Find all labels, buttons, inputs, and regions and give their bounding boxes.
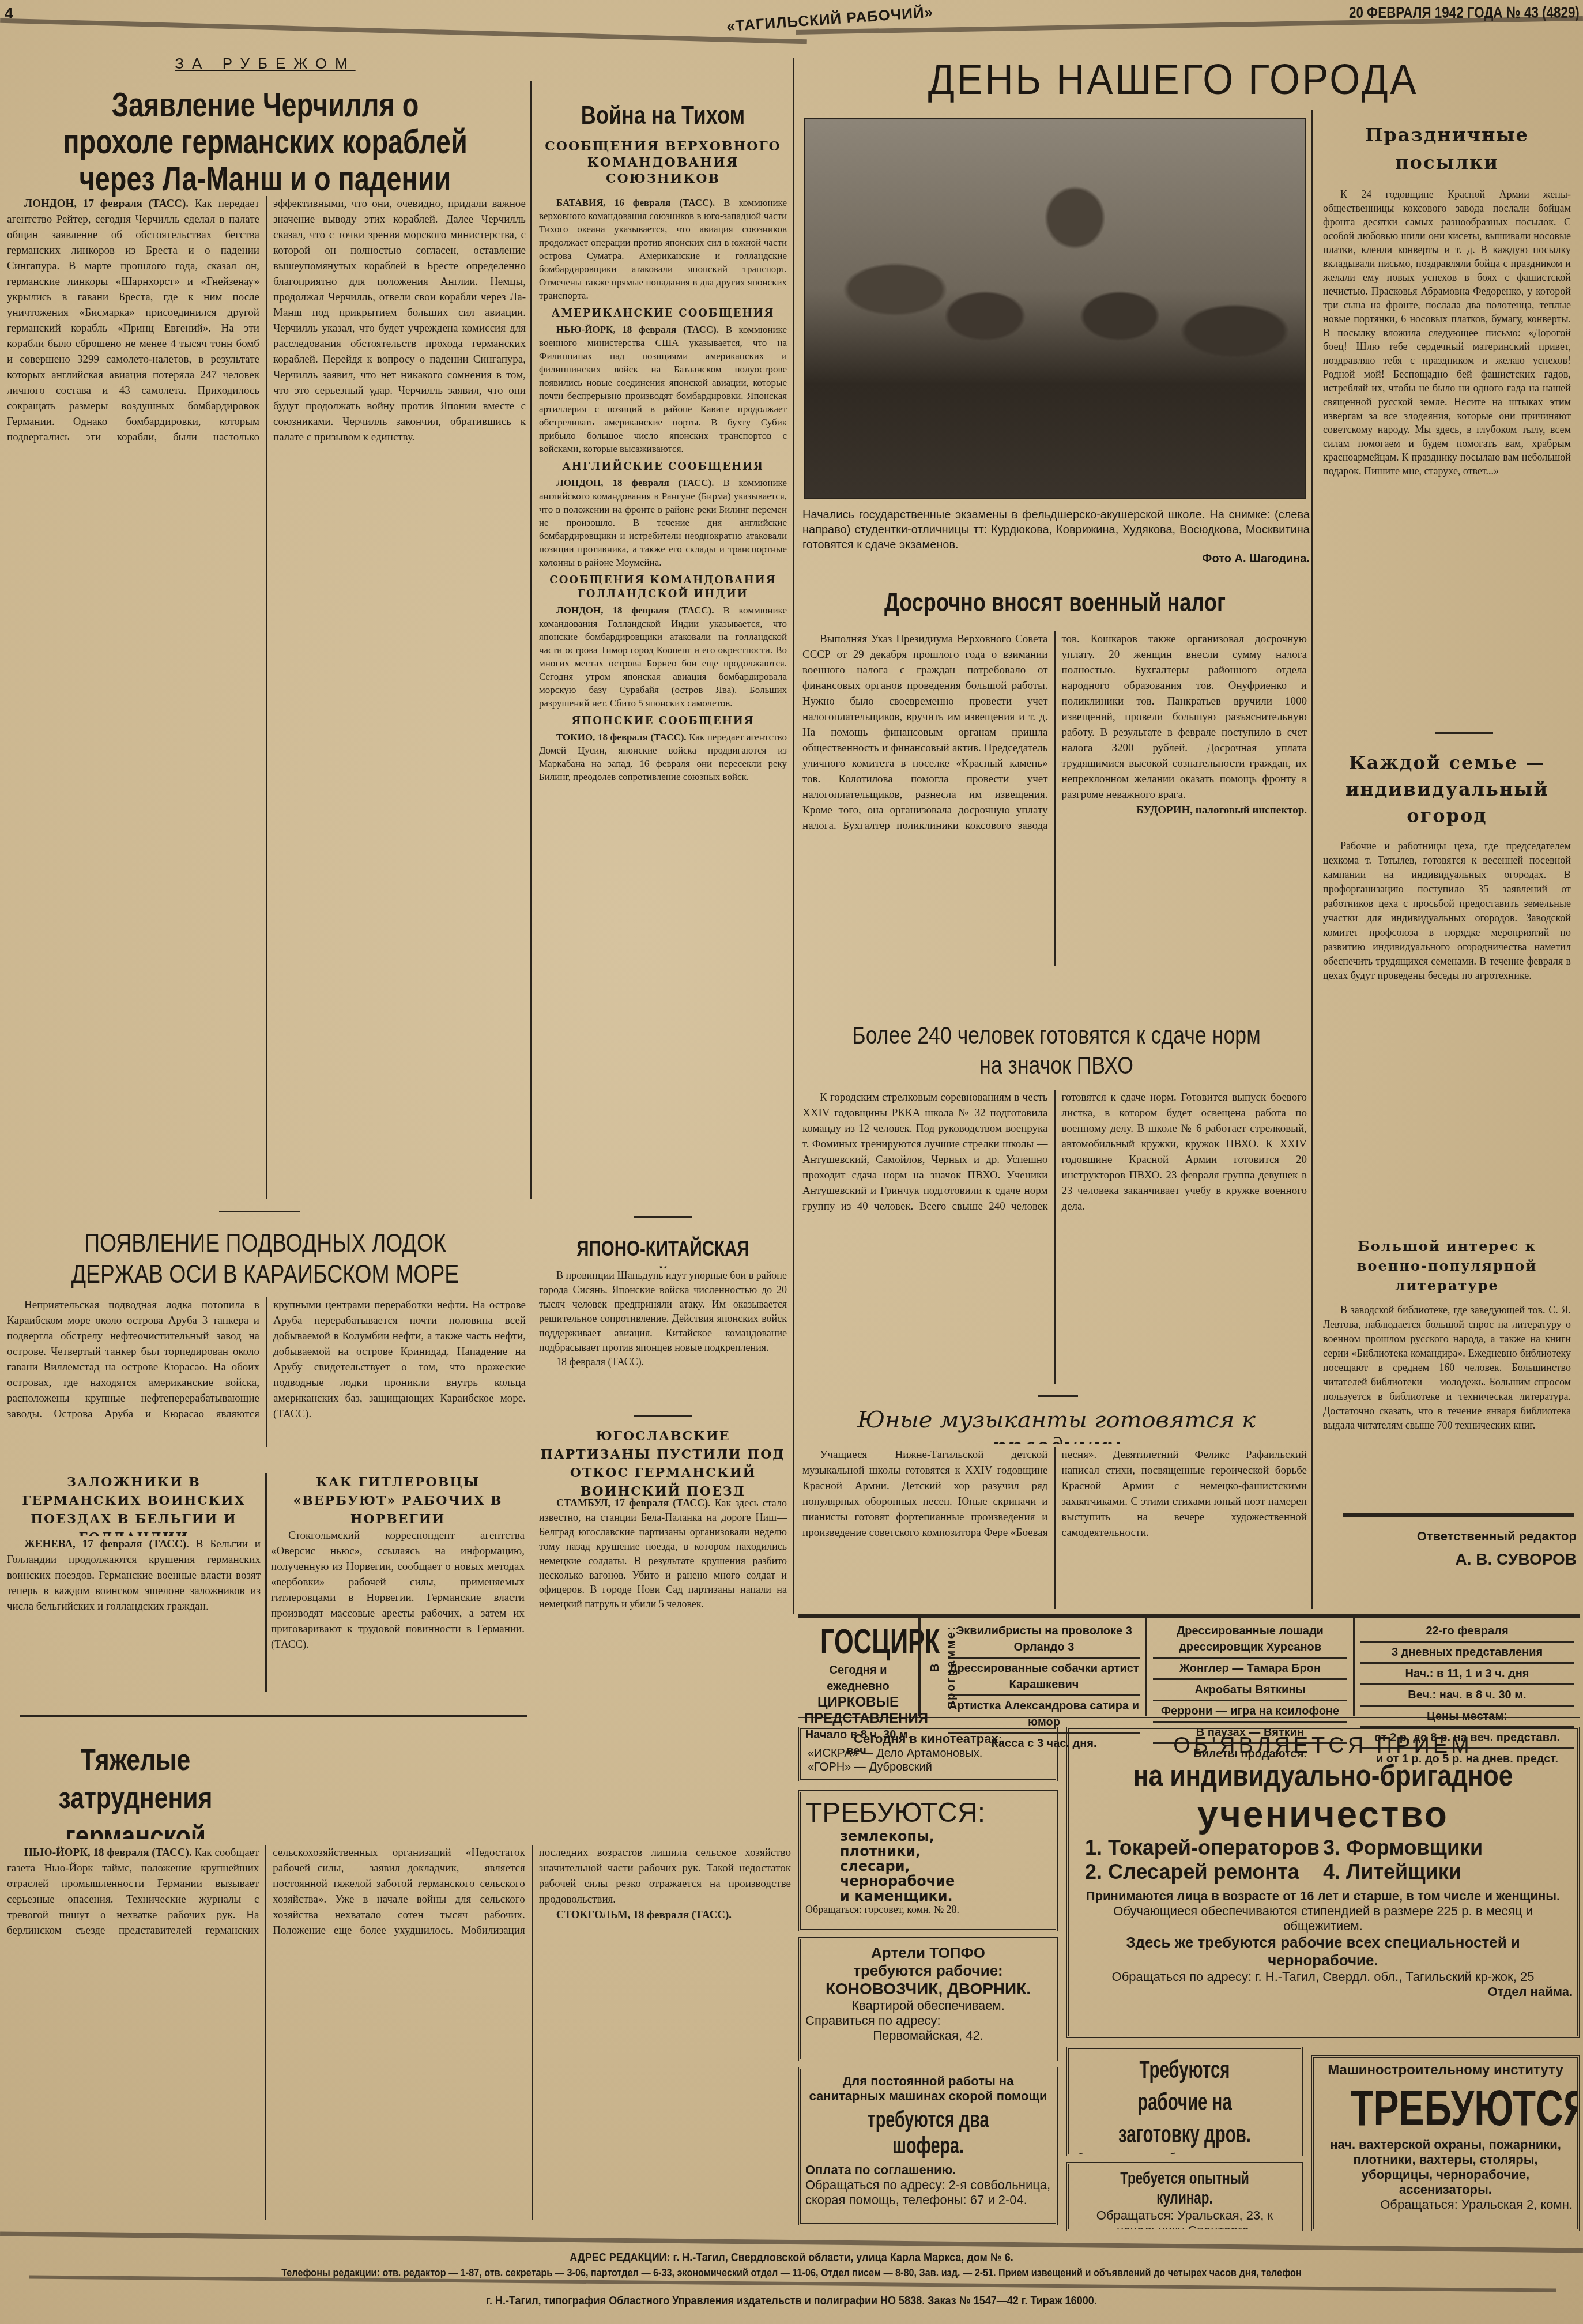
headline-garden: Каждой семье — индивидуальный огород: [1323, 749, 1571, 836]
circus-name: ГОСЦИРК: [820, 1621, 896, 1662]
circus-line: Веч.: нач. в 8 ч. 30 м.: [1360, 1685, 1574, 1707]
article-library: В заводской библиотеке, где заведующей т…: [1323, 1303, 1571, 1516]
section-heading: АНГЛИЙСКИЕ СООБЩЕНИЯ: [539, 460, 787, 474]
headline-economy: Тяжелые затруднения германской экономики: [12, 1741, 259, 1839]
divider: [1038, 1395, 1078, 1397]
section-text: ТОКИО, 18 февраля (ТАСС). Как передает а…: [539, 730, 787, 784]
circus-line: 22-го февраля: [1360, 1621, 1574, 1643]
article-submarines: Неприятельская подводная лодка потопила …: [7, 1297, 526, 1447]
article-churchill: ЛОНДОН, 17 февраля (ТАСС). Как передает …: [7, 196, 526, 1199]
editor-signature: Ответственный редактор А. В. СУВОРОВ: [1323, 1525, 1577, 1588]
headline-musicians: Юные музыканты готовятся к празднику: [804, 1407, 1309, 1444]
headline-pacific: Война на Тихом океане: [539, 101, 787, 135]
article-pvho: К городским стрелковым соревнованиям в ч…: [802, 1090, 1307, 1384]
article-yugoslav: СТАМБУЛ, 17 февраля (ТАСС). Как здесь ст…: [539, 1496, 787, 1681]
section-title-city: ДЕНЬ НАШЕГО ГОРОДА: [804, 55, 1542, 110]
section-body: В коммюнике военного министерства США ук…: [539, 324, 787, 454]
circus-line: Феррони — игра на ксилофоне: [1153, 1701, 1347, 1723]
ad-cinema: Сегодня в кинотеатрах: «ИСКРА» — Дело Ар…: [798, 1727, 1058, 1781]
section-text: НЬЮ-ЙОРК, 18 февраля (ТАСС). В коммюнике…: [539, 323, 787, 455]
wanted-item: чернорабочие: [840, 1874, 1051, 1889]
section-text: ЛОНДОН, 18 февраля (ТАСС). В коммюнике к…: [539, 604, 787, 710]
article-economy: НЬЮ-ЙОРК, 18 февраля (ТАСС). Как сообщае…: [7, 1845, 791, 2220]
article-hostages: ЖЕНЕВА, 17 февраля (ТАСС). В Бельгии и Г…: [7, 1536, 261, 1692]
circus-line: Цены местам:: [1360, 1707, 1574, 1728]
divider: [1343, 1513, 1574, 1517]
photo-students: [804, 118, 1306, 499]
circus-line: Дрессированные лошади дрессировщик Хурса…: [1153, 1621, 1347, 1659]
wanted-item: слесари,: [840, 1859, 1051, 1874]
circus-program-1: Эквилибристы на проволоке 3 Орландо 3Дре…: [943, 1618, 1147, 1716]
section-body: В коммюнике командования Голландской Инд…: [539, 605, 787, 709]
circus-line: 3 дневных представления: [1360, 1643, 1574, 1664]
headline-churchill: Заявление Черчилля о прохоле германских …: [6, 86, 525, 199]
ad-cook: Требуется опытный кулинар. Обращаться: У…: [1066, 2162, 1303, 2231]
circus-program-2: Дрессированные лошади дрессировщик Хурса…: [1147, 1618, 1355, 1716]
section-text: ЛОНДОН, 18 февраля (ТАСС). В коммюнике а…: [539, 476, 787, 569]
headline-war-tax: Досрочно вносят военный налог: [804, 588, 1306, 626]
trade-item: 3. Формовщики: [1323, 1836, 1561, 1860]
article-norway: Стокгольмский корреспондент агентства «О…: [271, 1528, 525, 1692]
article-sino-japanese: В провинции Шаньдунь идут упорные бои в …: [539, 1268, 787, 1389]
section-heading: ЯПОНСКИЕ СООБЩЕНИЯ: [539, 714, 787, 728]
dateline: ТОКИО, 18 февраля (ТАСС).: [556, 732, 689, 743]
trade-item: 2. Слесарей ремонта: [1085, 1860, 1323, 1884]
headline-norway: КАК ГИТЛЕРОВЦЫ «ВЕРБУЮТ» РАБОЧИХ В НОРВЕ…: [271, 1473, 525, 1525]
column-rule: [793, 58, 794, 1614]
cinema-line: «ГОРН» — Дубровский: [808, 1760, 1049, 1774]
article-pacific: БАТАВИЯ, 16 февраля (ТАСС). В коммюнике …: [539, 196, 787, 1199]
circus-line: Нач.: в 11, 1 и 3 ч. дня: [1360, 1664, 1574, 1685]
circus-line: Эквилибристы на проволоке 3 Орландо 3: [948, 1621, 1140, 1659]
circus-line: Дрессированные собачки артист Карашкевич: [948, 1659, 1140, 1696]
ad-firewood: Требуются рабочие на заготовку дров. За …: [1066, 2047, 1303, 2156]
section-heading: СООБЩЕНИЯ КОМАНДОВАНИЯ ГОЛЛАНДСКОЙ ИНДИИ: [539, 574, 787, 601]
ad-wanted-workers: ТРЕБУЮТСЯ: землекопы,плотники,слесари,че…: [798, 1790, 1058, 1931]
column-rule: [1311, 110, 1313, 1609]
headline-library: Большой интерес к военно-популярной лите…: [1323, 1237, 1571, 1300]
circus-line: Акробаты Вяткины: [1153, 1680, 1347, 1701]
footer-rule: [0, 2232, 1583, 2253]
ad-drivers: Для постоянной работы на санитарных маши…: [798, 2067, 1058, 2225]
divider: [634, 1415, 692, 1417]
cinema-line: «ИСКРА» — Дело Артамоновых.: [808, 1746, 1049, 1760]
wanted-item: землекопы,: [840, 1829, 1051, 1844]
subheadline-pacific: СООБЩЕНИЯ ВЕРХОВНОГО КОМАНДОВАНИЯ СОЮЗНИ…: [539, 138, 787, 196]
headline-submarines: ПОЯВЛЕНИЕ ПОДВОДНЫХ ЛОДОК ДЕРЖАВ ОСИ В К…: [6, 1228, 525, 1297]
article-parcels: К 24 годовщине Красной Армии жены-общест…: [1323, 187, 1571, 718]
trade-item: 4. Литейщики: [1323, 1860, 1561, 1884]
trade-item: 1. Токарей-операторов: [1085, 1836, 1323, 1860]
ad-topfo: Артели ТОПФО требуются рабочие: КОНОВОЗЧ…: [798, 1937, 1058, 2061]
dateline: НЬЮ-ЙОРК, 18 февраля (ТАСС).: [556, 324, 726, 335]
printer-info: г. Н.-Тагил, типография Областного Управ…: [79, 2295, 1503, 2308]
section-body: В коммюнике английского командования в Р…: [539, 477, 787, 568]
headline-sino-japanese: ЯПОНО-КИТАЙСКАЯ ВОЙНА: [539, 1234, 787, 1268]
wanted-item: плотники,: [840, 1844, 1051, 1859]
dateline: ЛОНДОН, 18 февраля (ТАСС).: [556, 605, 723, 616]
article-musicians: Учащиеся Нижне-Тагильской детской музыка…: [802, 1447, 1307, 1609]
divider: [1435, 732, 1493, 734]
circus-line: Жонглер — Тамара Брон: [1153, 1659, 1347, 1680]
headline-pvho: Более 240 человек готовятся к сдаче норм…: [804, 1020, 1309, 1084]
article-garden: Рабочие и работницы цеха, где председате…: [1323, 839, 1571, 1231]
column-rule: [265, 1473, 267, 1692]
circus-schedule: 22-го февраля3 дневных представленияНач.…: [1355, 1618, 1580, 1716]
ad-institute: Машиностроительному институту ТРЕБУЮТСЯ …: [1311, 2055, 1580, 2231]
divider: [219, 1211, 300, 1212]
dateline: ЛОНДОН, 18 февраля (ТАСС).: [556, 477, 723, 488]
wanted-item: и каменщики.: [840, 1889, 1051, 1904]
headline-hostages: ЗАЛОЖНИКИ В ГЕРМАНСКИХ ВОИНСКИХ ПОЕЗДАХ …: [7, 1473, 261, 1536]
headline-yugoslav: ЮГОСЛАВСКИЕ ПАРТИЗАНЫ ПУСТИЛИ ПОД ОТКОС …: [539, 1427, 787, 1496]
wavy-divider: [20, 1715, 527, 1717]
column-rule: [530, 81, 532, 1199]
headline-parcels: Праздничные посылки: [1323, 121, 1571, 184]
article-war-tax: Выполняя Указ Президиума Верховного Сове…: [802, 631, 1307, 966]
divider: [634, 1216, 692, 1218]
rubric-abroad: ЗА РУБЕЖОМ: [0, 55, 530, 84]
editorial-address: АДРЕС РЕДАКЦИИ: г. Н.-Тагил, Свердловско…: [79, 2251, 1503, 2265]
ad-apprenticeship: ОБ'ЯВЛЯЕТСЯ ПРИЕМ на индивидуально-брига…: [1066, 1727, 1580, 2038]
photo-caption: Начались государственные экзамены в фель…: [802, 507, 1310, 571]
ad-circus: ГОСЦИРК Сегодня и ежедневно ЦИРКОВЫЕ ПРЕ…: [798, 1614, 1580, 1718]
newspaper-page: 4 «ТАГИЛЬСКИЙ РАБОЧИЙ» 20 ФЕВРАЛЯ 1942 Г…: [0, 0, 1583, 2324]
section-heading: АМЕРИКАНСКИЕ СООБЩЕНИЯ: [539, 307, 787, 321]
